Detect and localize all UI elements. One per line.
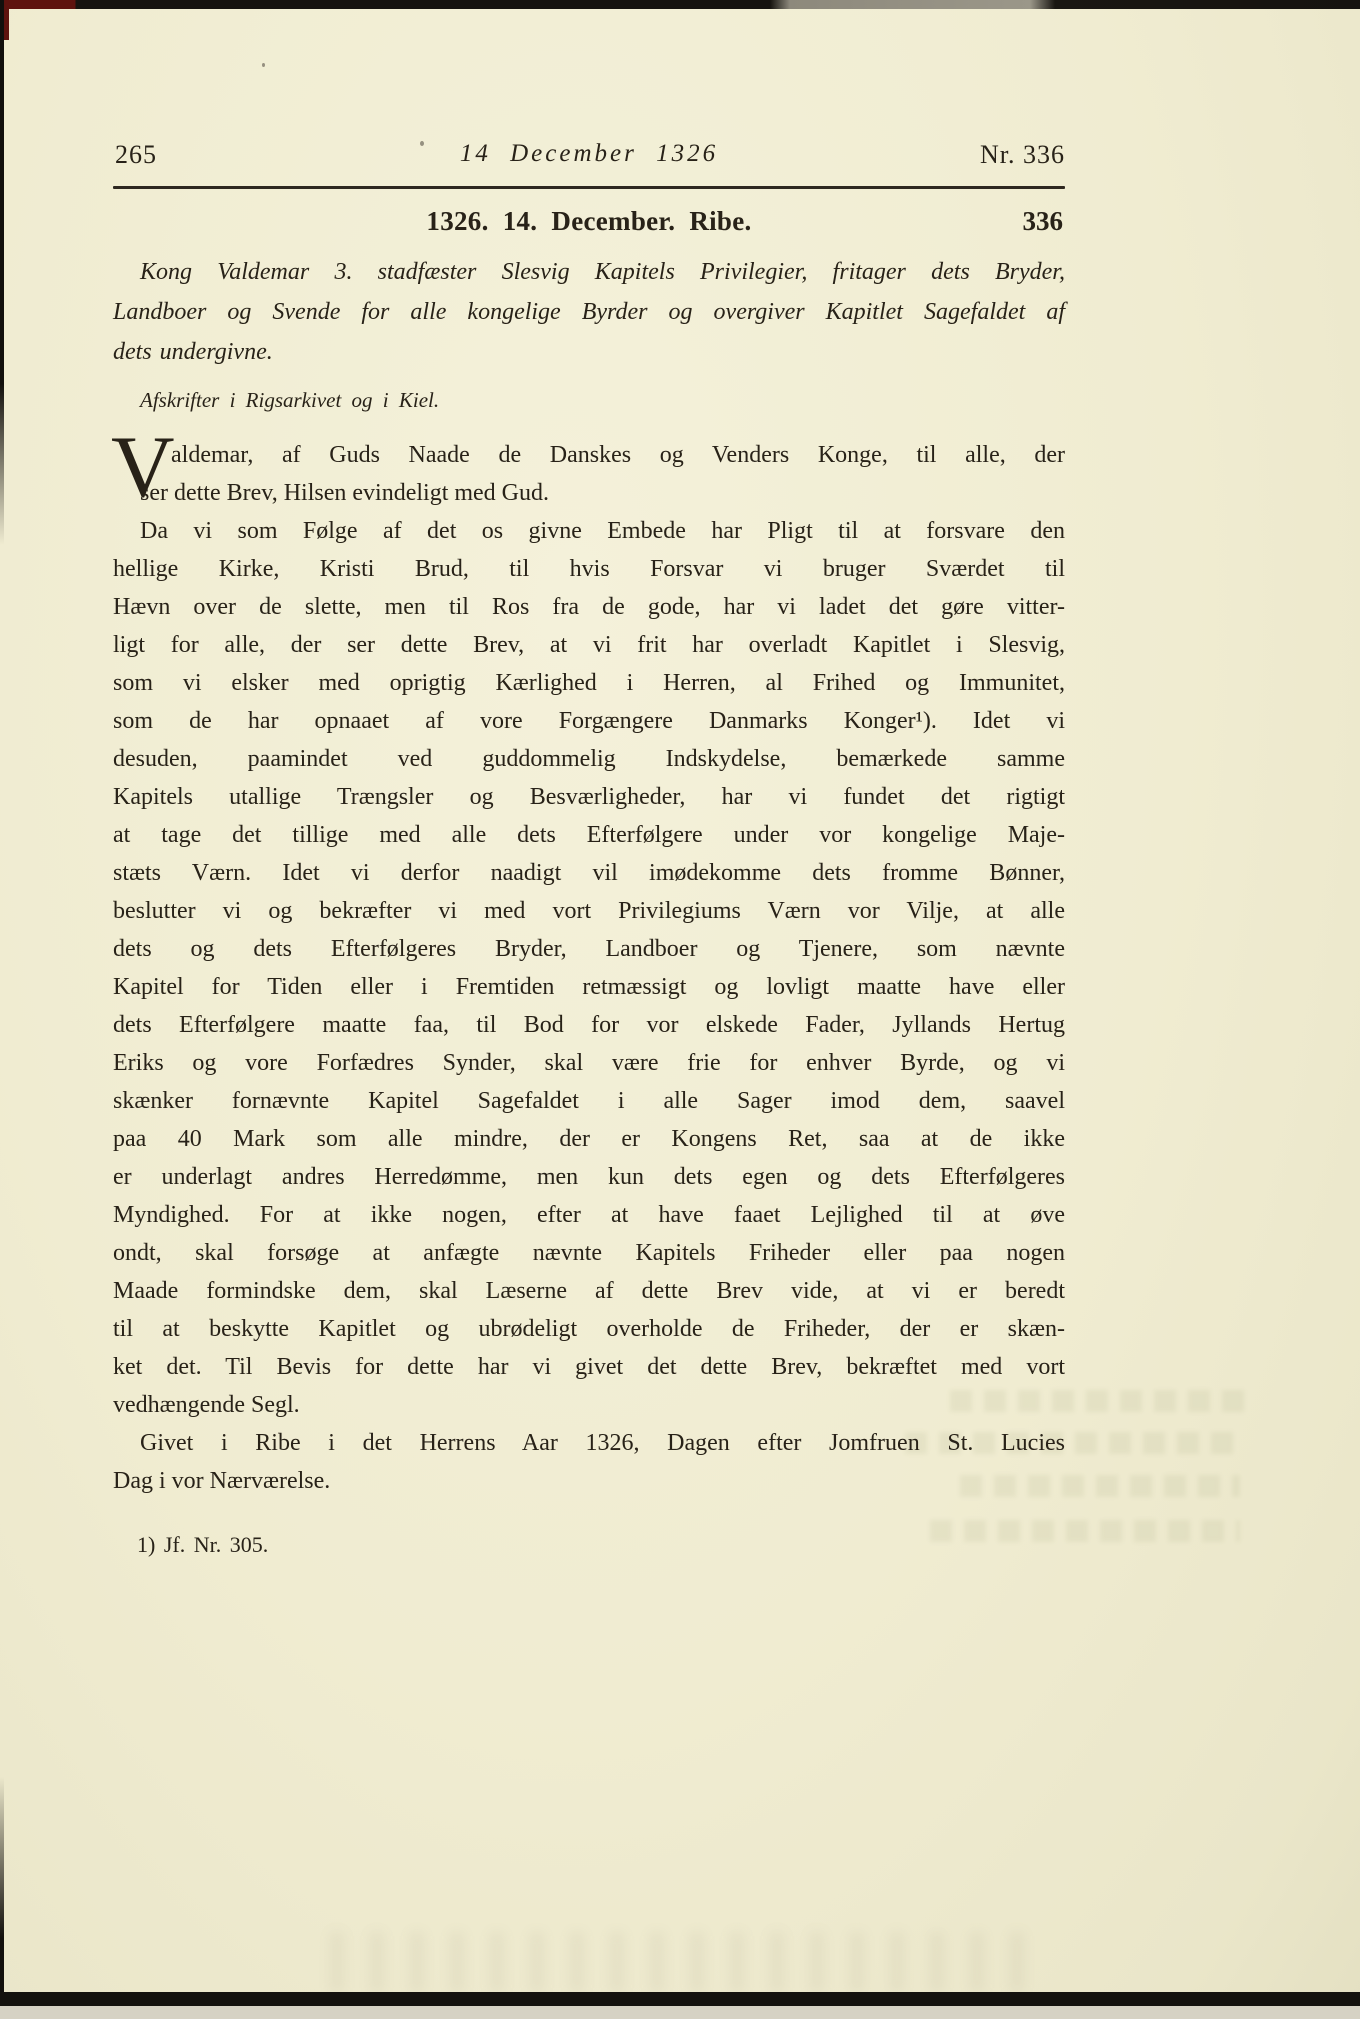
body-line: Givet i Ribe i det Herrens Aar 1326, Dag… <box>113 1424 1065 1462</box>
body-line: stæts Værn. Idet vi derfor naadigt vil i… <box>113 854 1065 892</box>
summary-line: Kong Valdemar 3. stadfæster Slesvig Kapi… <box>113 252 1065 292</box>
body-line: Maade formindske dem, skal Læserne af de… <box>113 1272 1065 1310</box>
body-line: til at beskytte Kapitlet og ubrødeligt o… <box>113 1310 1065 1348</box>
body-line: er underlagt andres Herredømme, men kun … <box>113 1158 1065 1196</box>
body-line: som vi elsker med oprigtig Kærlighed i H… <box>113 664 1065 702</box>
summary-regest: Kong Valdemar 3. stadfæster Slesvig Kapi… <box>113 252 1065 372</box>
header-rule <box>113 186 1065 189</box>
body-line: som de har opnaaet af vore Forgængere Da… <box>113 702 1065 740</box>
body-line: dets Efterfølgere maatte faa, til Bod fo… <box>113 1006 1065 1044</box>
scanned-book-page: 265 14 December 1326 Nr. 336 1326. 14. D… <box>0 0 1360 2019</box>
body-line: Da vi som Følge af det os givne Embede h… <box>113 512 1065 550</box>
body-line: vedhængende Segl. <box>113 1386 1065 1424</box>
footnote: 1) Jf. Nr. 305. <box>113 1532 1065 1558</box>
entry-heading-row: 1326. 14. December. Ribe. 336 <box>113 206 1065 242</box>
body-line: Eriks og vore Forfædres Synder, skal vær… <box>113 1044 1065 1082</box>
running-header: 265 14 December 1326 Nr. 336 <box>113 140 1065 174</box>
body-line: Kapitel for Tiden eller i Fremtiden retm… <box>113 968 1065 1006</box>
body-line: ser dette Brev, Hilsen evindeligt med Gu… <box>113 474 1065 512</box>
summary-line: Landboer og Svende for alle kongelige By… <box>113 292 1065 332</box>
body-line: Myndighed. For at ikke nogen, efter at h… <box>113 1196 1065 1234</box>
running-entry-number: Nr. 336 <box>980 140 1065 170</box>
body-line: ket det. Til Bevis for dette har vi give… <box>113 1348 1065 1386</box>
body-line: beslutter vi og bekræfter vi med vort Pr… <box>113 892 1065 930</box>
body-line: at tage det tillige med alle dets Efterf… <box>113 816 1065 854</box>
body-line: Hævn over de slette, men til Ros fra de … <box>113 588 1065 626</box>
body-line: skænker fornævnte Kapitel Sagefaldet i a… <box>113 1082 1065 1120</box>
body-line: aldemar, af Guds Naade de Danskes og Ven… <box>113 436 1065 474</box>
source-note: Afskrifter i Rigsarkivet og i Kiel. <box>113 387 1065 413</box>
body-line: ondt, skal forsøge at anfægte nævnte Kap… <box>113 1234 1065 1272</box>
body-line: Kapitels utallige Trængsler og Besværlig… <box>113 778 1065 816</box>
summary-line: dets undergivne. <box>113 332 1065 372</box>
charter-body: V aldemar, af Guds Naade de Danskes og V… <box>113 436 1065 1558</box>
scan-edge-left <box>0 0 4 2019</box>
body-line: paa 40 Mark som alle mindre, der er Kong… <box>113 1120 1065 1158</box>
entry-text: Kong Valdemar 3. stadfæster Slesvig Kapi… <box>113 252 1065 1558</box>
entry-heading: 1326. 14. December. Ribe. <box>113 206 1065 237</box>
body-line: Dag i vor Nærværelse. <box>113 1462 1065 1500</box>
body-line: dets og dets Efterfølgeres Bryder, Landb… <box>113 930 1065 968</box>
drop-cap-initial: V <box>111 429 175 507</box>
running-title: 14 December 1326 <box>113 140 1065 168</box>
body-line: hellige Kirke, Kristi Brud, til hvis For… <box>113 550 1065 588</box>
text-column: 265 14 December 1326 Nr. 336 1326. 14. D… <box>113 0 1065 2019</box>
entry-number: 336 <box>1023 206 1064 237</box>
body-line: desuden, paamindet ved guddommelig Indsk… <box>113 740 1065 778</box>
body-line: ligt for alle, der ser dette Brev, at vi… <box>113 626 1065 664</box>
